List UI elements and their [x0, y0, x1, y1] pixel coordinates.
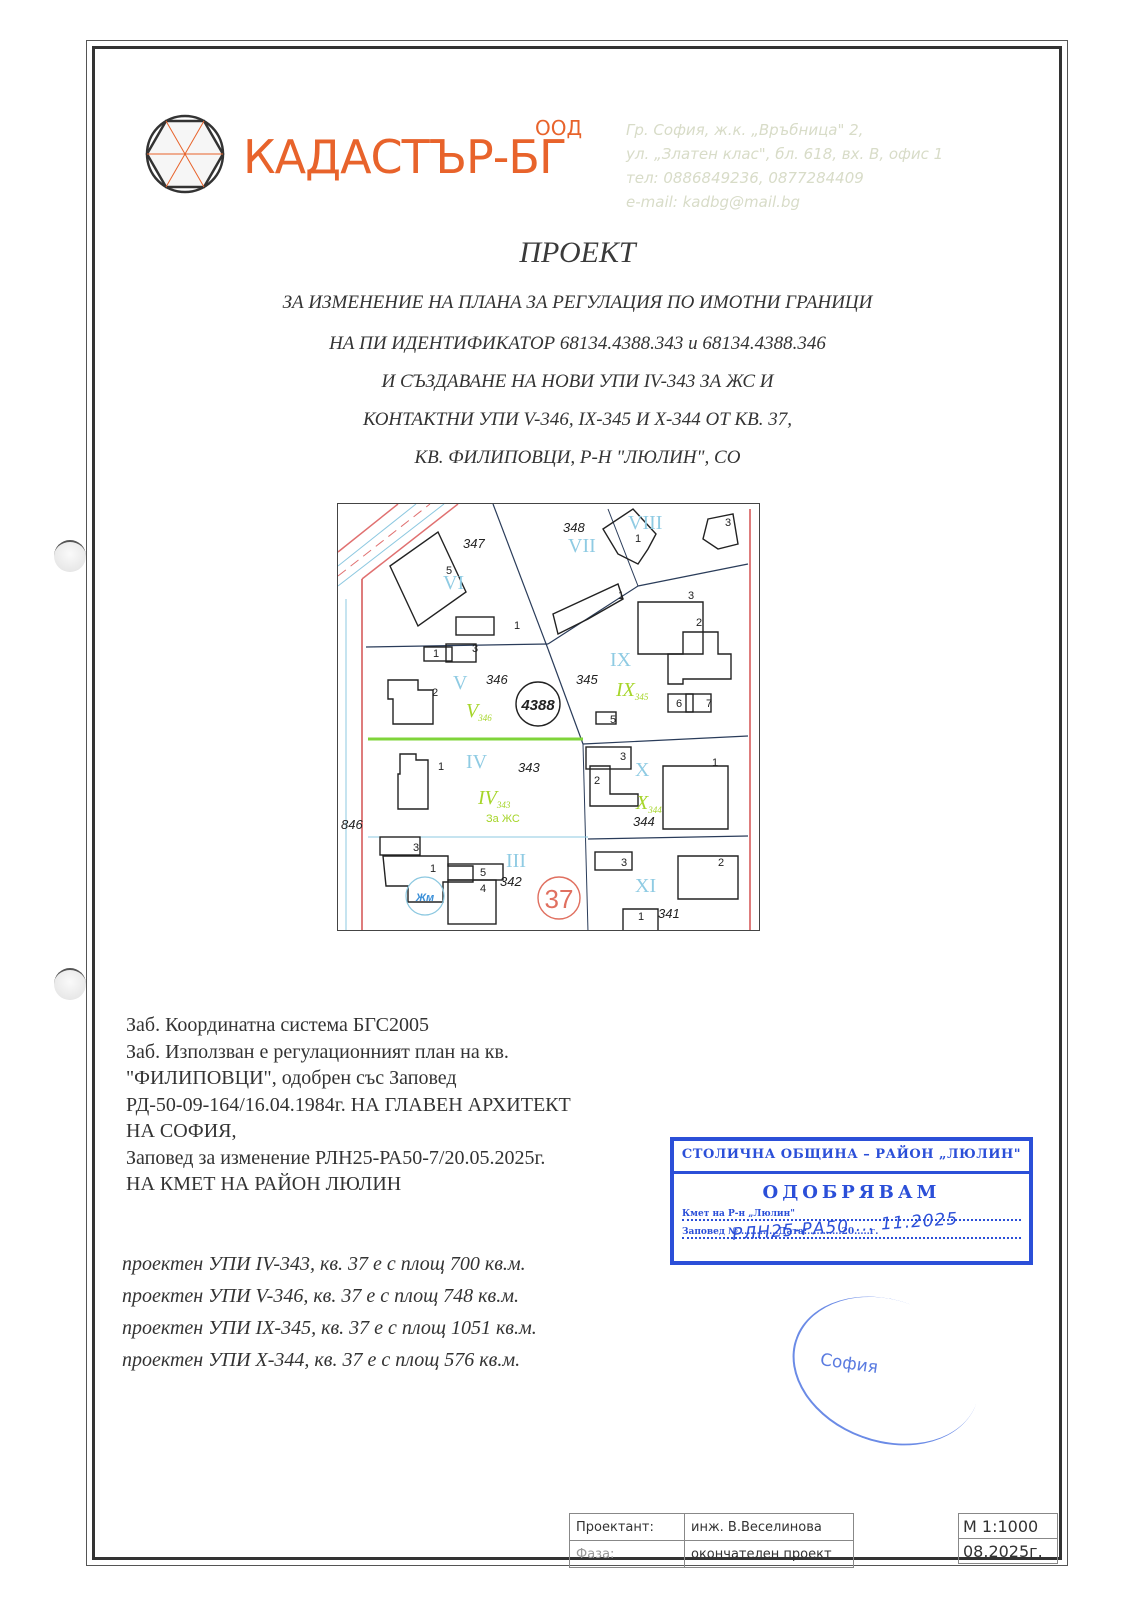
svg-text:XI: XI — [635, 875, 656, 897]
svg-text:6: 6 — [676, 698, 682, 710]
svg-text:2: 2 — [718, 857, 724, 869]
contact-email: e-mail: kadbg@mail.bg — [626, 190, 943, 214]
phase-label: Фаза: — [570, 1541, 685, 1568]
svg-text:343: 343 — [518, 760, 540, 775]
designer-row: Проектант: инж. В.Веселинова — [570, 1514, 854, 1541]
stamp-header: СТОЛИЧНА ОБЩИНА – РАЙОН „ЛЮЛИН" — [674, 1141, 1029, 1174]
subtitle-line-5: КВ. ФИЛИПОВЦИ, Р-Н "ЛЮЛИН", СО — [12, 447, 1131, 469]
hexagon-logo-icon — [145, 112, 235, 202]
svg-text:2: 2 — [432, 687, 438, 699]
contact-phone: тел: 0886849236, 0877284409 — [626, 166, 943, 190]
cadastral-map: 347 348 346 345 343 344 342 341 846 VI V… — [337, 503, 760, 931]
company-name: КАДАСТЪР-БГ — [243, 130, 566, 184]
svg-text:3: 3 — [472, 643, 478, 655]
note-plan-name: "ФИЛИПОВЦИ", одобрен със Заповед — [126, 1065, 571, 1092]
subtitle-line-4: КОНТАКТНИ УПИ V-346, IX-345 И X-344 ОТ К… — [12, 409, 1131, 431]
svg-text:346: 346 — [486, 672, 508, 687]
svg-text:342: 342 — [500, 874, 522, 889]
svg-text:7: 7 — [706, 698, 712, 710]
note-plan-used: Заб. Използван е регулационният план на … — [126, 1039, 571, 1066]
svg-text:1: 1 — [438, 761, 444, 773]
note-order-original: РД-50-09-164/16.04.1984г. НА ГЛАВЕН АРХИ… — [126, 1092, 571, 1119]
company-contact: Гр. София, ж.к. „Връбница" 2, ул. „Злате… — [626, 118, 943, 214]
svg-text:3: 3 — [725, 517, 731, 529]
svg-text:1: 1 — [635, 533, 641, 545]
svg-text:37: 37 — [545, 884, 574, 914]
area-upi-ix-345: проектен УПИ IX-345, кв. 37 е с площ 105… — [122, 1312, 537, 1344]
areas-block: проектен УПИ IV-343, кв. 37 е с площ 700… — [122, 1248, 537, 1376]
note-coordinate-system: Заб. Координатна система БГС2005 — [126, 1012, 571, 1039]
note-order-change-authority: НА КМЕТ НА РАЙОН ЛЮЛИН — [126, 1171, 571, 1198]
subtitle-line-3: И СЪЗДАВАНЕ НА НОВИ УПИ IV-343 ЗА ЖС И — [12, 371, 1131, 393]
approval-stamp: СТОЛИЧНА ОБЩИНА – РАЙОН „ЛЮЛИН" ОДОБРЯВА… — [670, 1137, 1033, 1265]
svg-text:X344: X344 — [635, 792, 662, 815]
svg-text:IX345: IX345 — [615, 679, 649, 702]
svg-text:IX: IX — [610, 649, 632, 671]
designer-value: инж. В.Веселинова — [685, 1514, 854, 1541]
svg-text:VII: VII — [568, 535, 596, 557]
svg-text:4388: 4388 — [520, 697, 555, 714]
date-value: 08.2025г. — [959, 1539, 1058, 1564]
area-upi-x-344: проектен УПИ X-344, кв. 37 е с площ 576 … — [122, 1344, 537, 1376]
svg-text:IV: IV — [466, 751, 488, 773]
svg-text:347: 347 — [463, 536, 485, 551]
note-order-change: Заповед за изменение РЛН25-РА50-7/20.05.… — [126, 1145, 571, 1172]
punch-hole — [54, 540, 86, 572]
phase-value: окончателен проект — [685, 1541, 854, 1568]
svg-text:1: 1 — [638, 911, 644, 923]
svg-text:348: 348 — [563, 520, 585, 535]
svg-text:2: 2 — [696, 617, 702, 629]
scale-value: М 1:1000 — [959, 1514, 1058, 1539]
svg-text:V: V — [453, 672, 468, 694]
area-upi-iv-343: проектен УПИ IV-343, кв. 37 е с площ 700… — [122, 1248, 537, 1280]
svg-text:1: 1 — [433, 648, 439, 660]
svg-text:5: 5 — [480, 867, 486, 879]
svg-text:Жм: Жм — [415, 892, 434, 904]
svg-text:VIII: VIII — [628, 512, 662, 534]
document-title: ПРОЕКТ — [12, 236, 1131, 270]
svg-text:3: 3 — [620, 751, 626, 763]
note-order-authority: НА СОФИЯ, — [126, 1118, 571, 1145]
svg-text:IV343: IV343 — [477, 787, 511, 810]
area-upi-v-346: проектен УПИ V-346, кв. 37 е с площ 748 … — [122, 1280, 537, 1312]
contact-address-2: ул. „Златен клас", бл. 618, вх. В, офис … — [626, 142, 943, 166]
svg-text:5: 5 — [446, 565, 452, 577]
title-block: Проектант: инж. В.Веселинова Фаза: оконч… — [569, 1513, 854, 1568]
svg-text:1: 1 — [430, 863, 436, 875]
svg-text:1: 1 — [712, 757, 718, 769]
svg-text:V346: V346 — [466, 700, 492, 723]
svg-text:2: 2 — [594, 775, 600, 787]
notes-block: Заб. Координатна система БГС2005 Заб. Из… — [126, 1012, 571, 1198]
company-suffix: ООД — [535, 116, 582, 140]
svg-text:X: X — [635, 759, 650, 781]
company-logo: КАДАСТЪР-БГ ООД — [145, 112, 585, 200]
designer-label: Проектант: — [570, 1514, 685, 1541]
subtitle-line-1: ЗА ИЗМЕНЕНИЕ НА ПЛАНА ЗА РЕГУЛАЦИЯ ПО ИМ… — [12, 292, 1131, 314]
svg-text:4: 4 — [480, 883, 486, 895]
svg-text:3: 3 — [621, 857, 627, 869]
svg-text:III: III — [506, 850, 526, 872]
svg-text:1: 1 — [618, 590, 624, 602]
punch-hole — [54, 968, 86, 1000]
svg-text:345: 345 — [576, 672, 598, 687]
svg-text:За ЖС: За ЖС — [486, 813, 520, 825]
stamp-title: ОДОБРЯВАМ — [674, 1182, 1029, 1203]
svg-text:846: 846 — [341, 817, 363, 832]
contact-address-1: Гр. София, ж.к. „Връбница" 2, — [626, 118, 943, 142]
svg-text:3: 3 — [688, 590, 694, 602]
subtitle-line-2: НА ПИ ИДЕНТИФИКАТОР 68134.4388.343 и 681… — [12, 333, 1131, 355]
svg-text:341: 341 — [658, 906, 680, 921]
svg-text:344: 344 — [633, 814, 655, 829]
scale-date-block: М 1:1000 08.2025г. — [958, 1513, 1058, 1564]
svg-text:3: 3 — [413, 842, 419, 854]
phase-row: Фаза: окончателен проект — [570, 1541, 854, 1568]
svg-text:5: 5 — [610, 714, 616, 726]
svg-text:1: 1 — [514, 620, 520, 632]
